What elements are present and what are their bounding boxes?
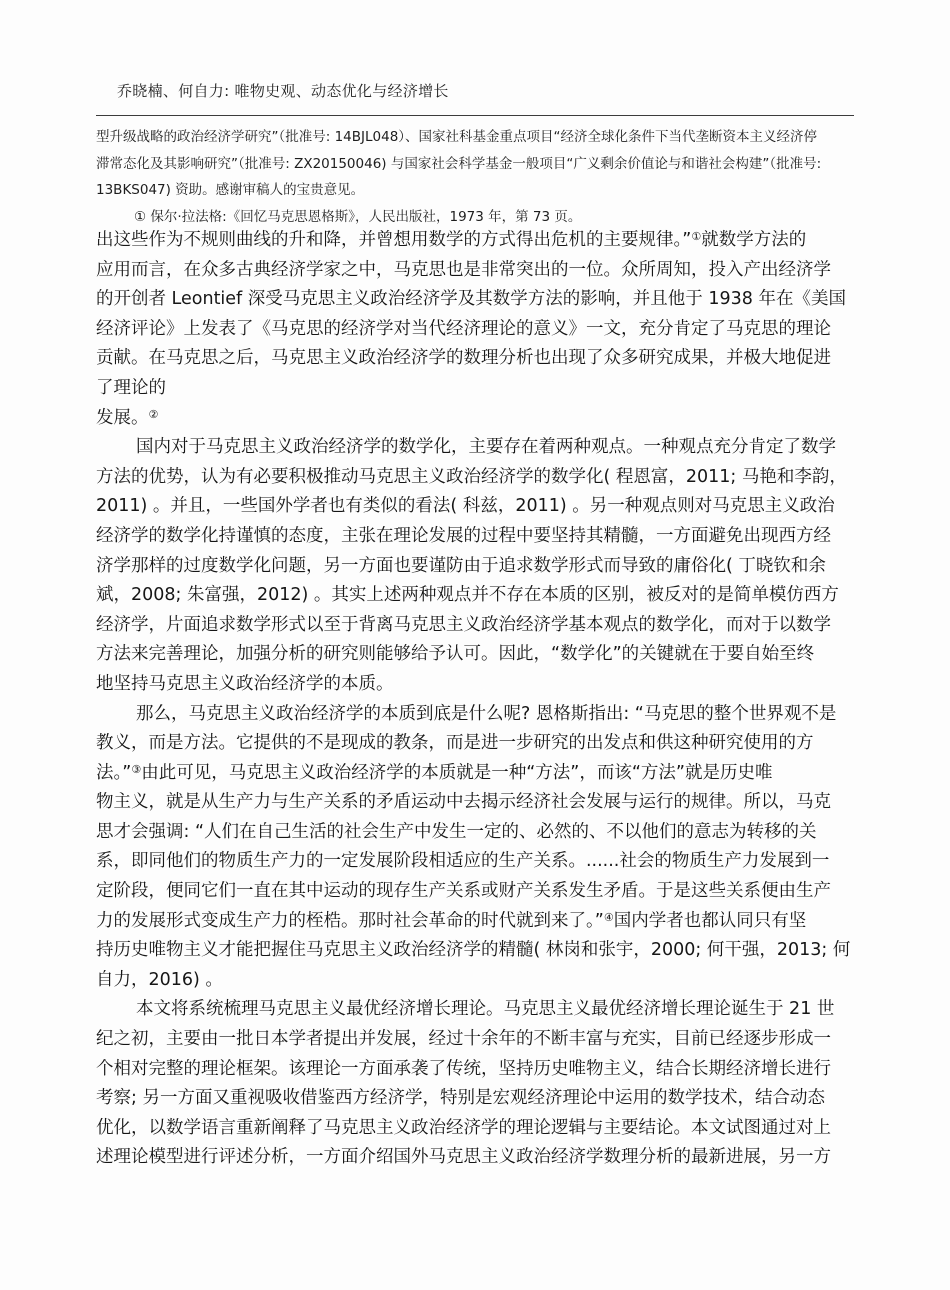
footnote-line: 型升级战略的政治经济学研究”（批准号: 14BJL048）、国家社科基金重点项目… [96, 124, 856, 151]
text-line: 力的发展形式变成生产力的桎梏。那时社会革命的时代就到来了。”④国内学者也都认同只… [96, 907, 856, 937]
text-line: 经济学，片面追求数学形式以至于背离马克思主义政治经济学基本观点的数学化，而对于以… [96, 611, 856, 641]
running-header: 乔晓楠、何自力: 唯物史观、动态优化与经济增长 [117, 80, 449, 101]
text-line: 出这些作为不规则曲线的升和降，并曾想用数学的方式得出危机的主要规律。”①就数学方… [96, 226, 856, 256]
text-line: 那么，马克思主义政治经济学的本质到底是什么呢? 恩格斯指出: “马克思的整个世界… [96, 700, 856, 730]
text-line: 自力，2016) 。 [96, 966, 856, 996]
text-line: 地坚持马克思主义政治经济学的本质。 [96, 670, 856, 700]
text-line: 的开创者 Leontief 深受马克思主义政治经济学及其数学方法的影响，并且他于… [96, 285, 856, 315]
text-line: 系，即同他们的物质生产力的一定发展阶段相适应的生产关系。......社会的物质生… [96, 847, 856, 877]
text-line: 国内对于马克思主义政治经济学的数学化，主要存在着两种观点。一种观点充分肯定了数学 [96, 433, 856, 463]
text-line: 方法的优势，认为有必要积极推动马克思主义政治经济学的数学化( 程恩富，2011;… [96, 463, 856, 493]
text-line: 方法来完善理论，加强分析的研究则能够给予认可。因此，“数学化”的关键就在于要自始… [96, 640, 856, 670]
text-line: 经济评论》上发表了《马克思的经济学对当代经济理论的意义》一文，充分肯定了马克思的… [96, 315, 856, 345]
text-line: 法。”③由此可见，马克思主义政治经济学的本质就是一种“方法”，而该“方法”就是历… [96, 759, 856, 789]
text-line: 优化，以数学语言重新阐释了马克思主义政治经济学的理论逻辑与主要结论。本文试图通过… [96, 1114, 856, 1144]
text-line: 纪之初，主要由一批日本学者提出并发展，经过十余年的不断丰富与充实，目前已经逐步形… [96, 1025, 856, 1055]
text-line: 经济学的数学化持谨慎的态度，主张在理论发展的过程中要坚持其精髓，一方面避免出现西… [96, 522, 856, 552]
text-line: 斌，2008; 朱富强，2012) 。其实上述两种观点并不存在本质的区别，被反对… [96, 581, 856, 611]
paragraph: 本文将系统梳理马克思主义最优经济增长理论。马克思主义最优经济增长理论诞生于 21… [96, 995, 856, 1173]
text-line: 济学那样的过度数学化问题，另一方面也要谨防由于追求数学形式而导致的庸俗化( 丁晓… [96, 552, 856, 582]
text-line: 思才会强调: “人们在自己生活的社会生产中发生一定的、必然的、不以他们的意志为转… [96, 818, 856, 848]
text-line: 教义，而是方法。它提供的不是现成的教条，而是进一步研究的出发点和供这种研究使用的… [96, 729, 856, 759]
text-line: 定阶段，便同它们一直在其中运动的现存生产关系或财产关系发生矛盾。于是这些关系便由… [96, 877, 856, 907]
text-line: 本文将系统梳理马克思主义最优经济增长理论。马克思主义最优经济增长理论诞生于 21… [96, 995, 856, 1025]
paragraph: 出这些作为不规则曲线的升和降，并曾想用数学的方式得出危机的主要规律。”①就数学方… [96, 226, 856, 433]
text-line: 发展。② [96, 404, 856, 434]
body-text: 出这些作为不规则曲线的升和降，并曾想用数学的方式得出危机的主要规律。”①就数学方… [96, 226, 856, 1173]
text-line: 个相对完整的理论框架。该理论一方面承袭了传统，坚持历史唯物主义，结合长期经济增长… [96, 1055, 856, 1085]
text-line: 物主义，就是从生产力与生产关系的矛盾运动中去揭示经济社会发展与运行的规律。所以，… [96, 788, 856, 818]
text-line: 了理论的 [96, 374, 856, 404]
paragraph: 国内对于马克思主义政治经济学的数学化，主要存在着两种观点。一种观点充分肯定了数学… [96, 433, 856, 699]
footnote-line: 13BKS047) 资助。感谢审稿人的宝贵意见。 [96, 177, 856, 204]
text-line: 2011) 。并且，一些国外学者也有类似的看法( 科兹，2011) 。另一种观点… [96, 492, 856, 522]
text-line: 贡献。在马克思之后，马克思主义政治经济学的数理分析也出现了众多研究成果，并极大地… [96, 344, 856, 374]
text-line: 持历史唯物主义才能把握住马克思主义政治经济学的精髓( 林岗和张宇，2000; 何… [96, 936, 856, 966]
text-line: 应用而言，在众多古典经济学家之中，马克思也是非常突出的一位。众所周知，投入产出经… [96, 256, 856, 286]
header-rule [96, 115, 854, 116]
page: 乔晓楠、何自力: 唯物史观、动态优化与经济增长 型升级战略的政治经济学研究”（批… [0, 0, 950, 1290]
text-line: 考察; 另一方面又重视吸收借鉴西方经济学，特别是宏观经济理论中运用的数学技术，结… [96, 1084, 856, 1114]
footnote-block: 型升级战略的政治经济学研究”（批准号: 14BJL048）、国家社科基金重点项目… [96, 124, 856, 230]
text-line: 述理论模型进行评述分析，一方面介绍国外马克思主义政治经济学数理分析的最新进展，另… [96, 1143, 856, 1173]
paragraph: 那么，马克思主义政治经济学的本质到底是什么呢? 恩格斯指出: “马克思的整个世界… [96, 700, 856, 996]
footnote-line: 滞常态化及其影响研究”（批准号: ZX20150046) 与国家社会科学基金一般… [96, 151, 856, 178]
